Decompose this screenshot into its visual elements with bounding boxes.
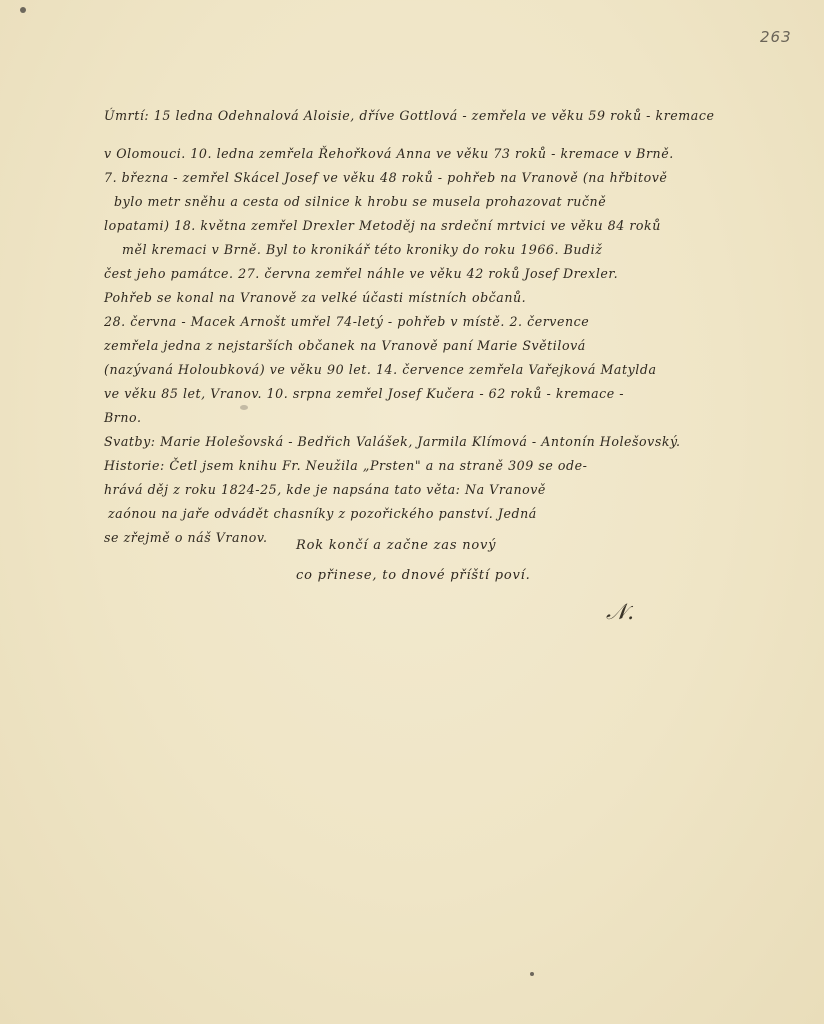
page-number: 263 <box>760 28 792 46</box>
text-line: Svatby: Marie Holešovská - Bedřich Valáš… <box>104 434 681 449</box>
text-line: čest jeho památce. 27. června zemřel náh… <box>104 266 618 281</box>
text-line: Pohřeb se konal na Vranově za velké účas… <box>104 290 526 305</box>
text-line: v Olomouci. 10. ledna zemřela Řehořková … <box>104 146 674 161</box>
paper-speck <box>20 7 26 13</box>
text-line: Úmrtí: 15 ledna Odehnalová Aloisie, dřív… <box>104 108 714 123</box>
chronicle-page: 263 Úmrtí: 15 ledna Odehnalová Aloisie, … <box>0 0 824 1024</box>
paper-speck <box>530 972 534 976</box>
text-line: měl kremaci v Brně. Byl to kronikář této… <box>122 242 602 257</box>
text-line: 7. března - zemřel Skácel Josef ve věku … <box>104 170 667 185</box>
text-line: (nazývaná Holoubková) ve věku 90 let. 14… <box>104 362 657 377</box>
text-line: zemřela jedna z nejstarších občanek na V… <box>104 338 586 353</box>
text-line: se zřejmě o náš Vranov. <box>104 530 268 545</box>
text-line: ve věku 85 let, Vranov. 10. srpna zemřel… <box>104 386 624 401</box>
text-line: hrává děj z roku 1824-25, kde je napsána… <box>104 482 546 497</box>
paper-speck <box>240 405 248 410</box>
verse-line: co přinese, to dnové příští poví. <box>296 568 531 583</box>
signature: 𝒩. <box>606 600 634 625</box>
text-line: lopatami) 18. května zemřel Drexler Meto… <box>104 218 661 233</box>
text-line: Brno. <box>104 410 142 425</box>
text-line: zaónou na jaře odvádět chasníky z pozoři… <box>108 506 537 521</box>
text-line: 28. června - Macek Arnošt umřel 74-letý … <box>104 314 589 329</box>
verse-line: Rok končí a začne zas nový <box>296 538 496 553</box>
text-line: bylo metr sněhu a cesta od silnice k hro… <box>114 194 606 209</box>
text-line: Historie: Četl jsem knihu Fr. Neužila „P… <box>104 458 587 473</box>
